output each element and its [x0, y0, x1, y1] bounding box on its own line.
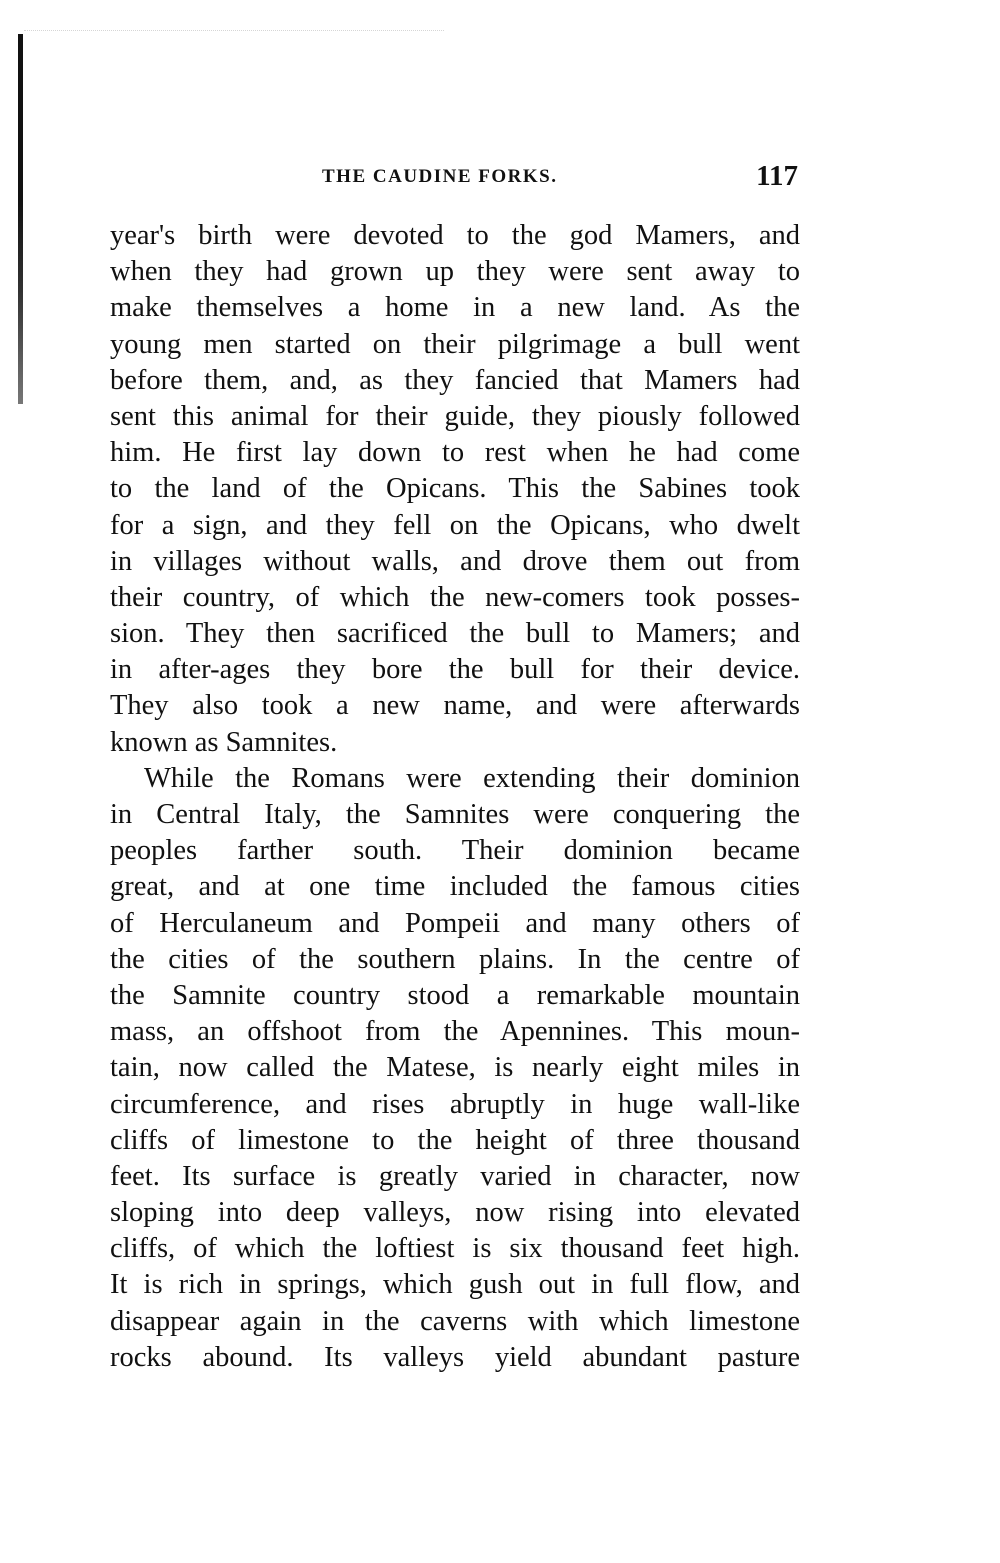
text-line: in after-ages they bore the bull for the…	[110, 652, 800, 688]
text-line: circumference, and rises abruptly in hug…	[110, 1087, 800, 1123]
text-line: of Herculaneum and Pompeii and many othe…	[110, 906, 800, 942]
text-line: tain, now called the Matese, is nearly e…	[110, 1050, 800, 1086]
text-line: when they had grown up they were sent aw…	[110, 254, 800, 290]
text-line: before them, and, as they fancied that M…	[110, 363, 800, 399]
text-line: sloping into deep valleys, now rising in…	[110, 1195, 800, 1231]
text-line: year's birth were devoted to the god Mam…	[110, 218, 800, 254]
body-text: year's birth were devoted to the god Mam…	[110, 218, 800, 1376]
text-line: sion. They then sacrificed the bull to M…	[110, 616, 800, 652]
text-line: They also took a new name, and were afte…	[110, 688, 800, 724]
text-line: in Central Italy, the Samnites were conq…	[110, 797, 800, 833]
text-line: cliffs, of which the loftiest is six tho…	[110, 1231, 800, 1267]
running-head: THE CAUDINE FORKS. 117	[110, 162, 800, 202]
text-line: known as Samnites.	[110, 725, 800, 761]
text-line: to the land of the Opicans. This the Sab…	[110, 471, 800, 507]
text-line: It is rich in springs, which gush out in…	[110, 1267, 800, 1303]
text-line: cliffs of limestone to the height of thr…	[110, 1123, 800, 1159]
text-line: great, and at one time included the famo…	[110, 869, 800, 905]
text-line: the Samnite country stood a remarkable m…	[110, 978, 800, 1014]
page-number: 117	[756, 160, 798, 193]
text-line: While the Romans were extending their do…	[110, 761, 800, 797]
text-line: him. He first lay down to rest when he h…	[110, 435, 800, 471]
text-line: disappear again in the caverns with whic…	[110, 1304, 800, 1340]
running-title: THE CAUDINE FORKS.	[322, 166, 558, 188]
text-line: feet. Its surface is greatly varied in c…	[110, 1159, 800, 1195]
text-line: the cities of the southern plains. In th…	[110, 942, 800, 978]
text-line: young men started on their pilgrimage a …	[110, 327, 800, 363]
text-line: in villages without walls, and drove the…	[110, 544, 800, 580]
text-line: peoples farther south. Their dominion be…	[110, 833, 800, 869]
scan-noise	[24, 30, 444, 33]
paragraph-1: year's birth were devoted to the god Mam…	[110, 218, 800, 761]
text-line: for a sign, and they fell on the Opicans…	[110, 508, 800, 544]
text-line: sent this animal for their guide, they p…	[110, 399, 800, 435]
text-line: mass, an offshoot from the Apennines. Th…	[110, 1014, 800, 1050]
scan-binding-edge	[18, 34, 23, 404]
text-line: make themselves a home in a new land. As…	[110, 290, 800, 326]
paragraph-2: While the Romans were extending their do…	[110, 761, 800, 1376]
text-line: their country, of which the new-comers t…	[110, 580, 800, 616]
text-line: rocks abound. Its valleys yield abundant…	[110, 1340, 800, 1376]
